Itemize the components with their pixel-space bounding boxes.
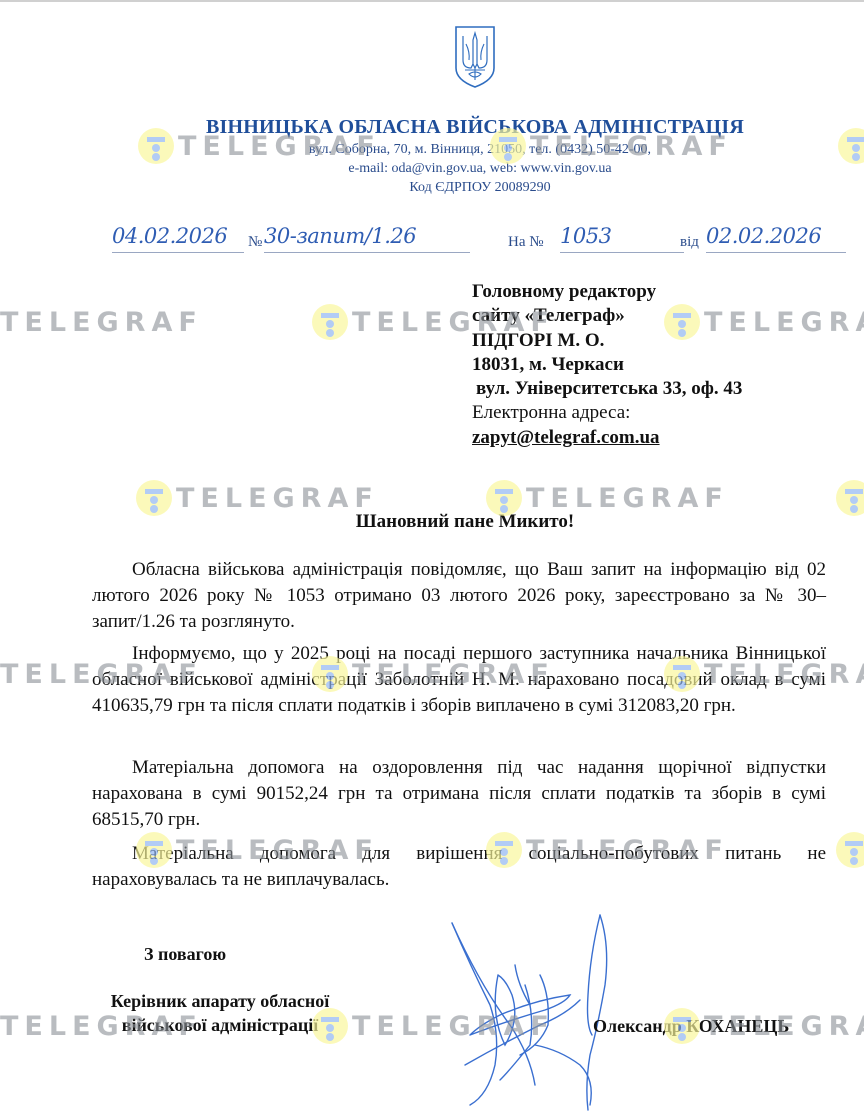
- addressee-email-link[interactable]: zapyt@telegraf.com.ua: [472, 426, 742, 450]
- watermark-text: TELEGRAF: [0, 307, 203, 338]
- outgoing-number: 30-запит/1.26: [264, 224, 470, 253]
- telegraf-logo-icon: [312, 304, 348, 340]
- addressee-block: Головному редактору сайту «Телеграф» ПІД…: [472, 280, 742, 450]
- closing-phrase: З повагою: [144, 944, 226, 965]
- signer-title-line: Керівник апарату обласної: [60, 989, 380, 1013]
- coat-of-arms-trident-icon: [453, 24, 497, 90]
- addressee-organization: сайту «Телеграф»: [472, 304, 742, 328]
- watermark: TELEGRAF: [0, 302, 203, 342]
- reference-number: 1053: [560, 224, 684, 253]
- signer-title: Керівник апарату обласної військової адм…: [60, 989, 380, 1037]
- salutation: Шановний пане Микито!: [0, 511, 864, 533]
- signer-title-line: військової адміністрації: [60, 1013, 380, 1037]
- signer-name: Олександр КОХАНЕЦЬ: [593, 1016, 789, 1037]
- organization-name: ВІННИЦЬКА ОБЛАСНА ВІЙСЬКОВА АДМІНІСТРАЦІ…: [0, 116, 864, 139]
- reference-from-label: від: [680, 234, 699, 251]
- reference-number-label: На №: [508, 234, 544, 251]
- letter-page: ВІННИЦЬКА ОБЛАСНА ВІЙСЬКОВА АДМІНІСТРАЦІ…: [0, 0, 864, 1116]
- handwritten-signature-icon: [440, 905, 620, 1115]
- registration-line: 04.02.2026 № 30-запит/1.26 На № 1053 від…: [112, 224, 852, 258]
- reference-date: 02.02.2026: [706, 224, 846, 253]
- organization-address: вул. Соборна, 70, м. Вінниця, 21050, тел…: [270, 142, 690, 158]
- addressee-name: ПІДГОРІ М. О.: [472, 329, 742, 353]
- watermark-text: TELEGRAF: [176, 483, 379, 514]
- body-paragraph: Обласна військова адміністрація повідомл…: [92, 557, 826, 635]
- addressee-street: вул. Університетська 33, оф. 43: [472, 377, 742, 401]
- addressee-city: 18031, м. Черкаси: [472, 353, 742, 377]
- telegraf-logo-icon: [836, 832, 864, 868]
- organization-contacts: e-mail: oda@vin.gov.ua, web: www.vin.gov…: [270, 161, 690, 177]
- outgoing-date: 04.02.2026: [112, 224, 244, 253]
- body-paragraph: Інформуємо, що у 2025 році на посаді пер…: [92, 641, 826, 719]
- body-paragraph: Матеріальна допомога для вирішення соціа…: [92, 841, 826, 893]
- watermark: [836, 830, 864, 870]
- body-paragraph: Матеріальна допомога на оздоровлення під…: [92, 755, 826, 833]
- watermark-text: TELEGRAF: [526, 483, 729, 514]
- outgoing-number-label: №: [248, 234, 262, 251]
- addressee-position: Головному редактору: [472, 280, 742, 304]
- addressee-email-label: Електронна адреса:: [472, 401, 742, 425]
- organization-code: Код ЄДРПОУ 20089290: [270, 180, 690, 196]
